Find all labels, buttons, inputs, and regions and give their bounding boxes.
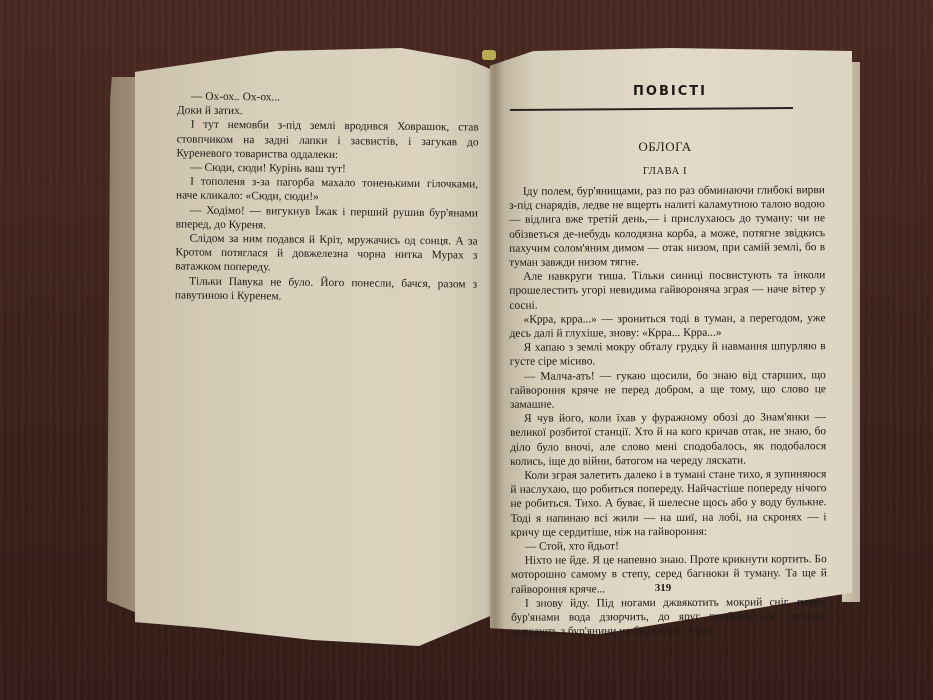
running-section-heading: ПОВІСТІ: [620, 84, 720, 99]
page-number: 319: [648, 582, 678, 594]
paragraph: І тут немовби з-під землі вродився Ховра…: [176, 118, 478, 164]
paragraph: Слідом за ним подався й Кріт, мружачись …: [175, 231, 477, 277]
paragraph: І знову йду. Під ногами джвякотить мокри…: [511, 595, 827, 639]
right-page-text: Іду полем, бур'янищами, раз по раз обмин…: [509, 183, 827, 639]
paragraph: Тільки Павука не було. Його понесли, бач…: [175, 274, 477, 306]
paragraph: — Ходімо! — вигукнув Їжак і перший рушив…: [176, 203, 478, 235]
book-gutter: [486, 60, 504, 630]
paragraph: Але навкруги тиша. Тільки синиці посвист…: [509, 268, 825, 312]
chapter-title: ГЛАВА I: [610, 166, 720, 177]
paragraph: «Крра, крра...» — зрониться тоді в туман…: [509, 311, 825, 341]
paragraph: — Малча-ать! — гукаю щосили, бо знаю від…: [510, 368, 826, 412]
left-page-text: — Ох-ох.. Ох-ох... Доки й затих. І тут н…: [175, 89, 479, 305]
paragraph: І тополеня з-за пагорба махало тоненьким…: [176, 175, 478, 207]
paragraph: Іду полем, бур'янищами, раз по раз обмин…: [509, 183, 825, 270]
bookmark-ribbon: [482, 50, 496, 60]
paragraph: Я чув його, коли їхав у фуражному обозі …: [510, 410, 826, 468]
paragraph: Коли зграя залетить далеко і в тумані ст…: [510, 467, 826, 540]
story-title: ОБЛОГА: [610, 139, 720, 155]
paragraph: Я хапаю з землі мокру обталу грудку й на…: [510, 339, 826, 369]
